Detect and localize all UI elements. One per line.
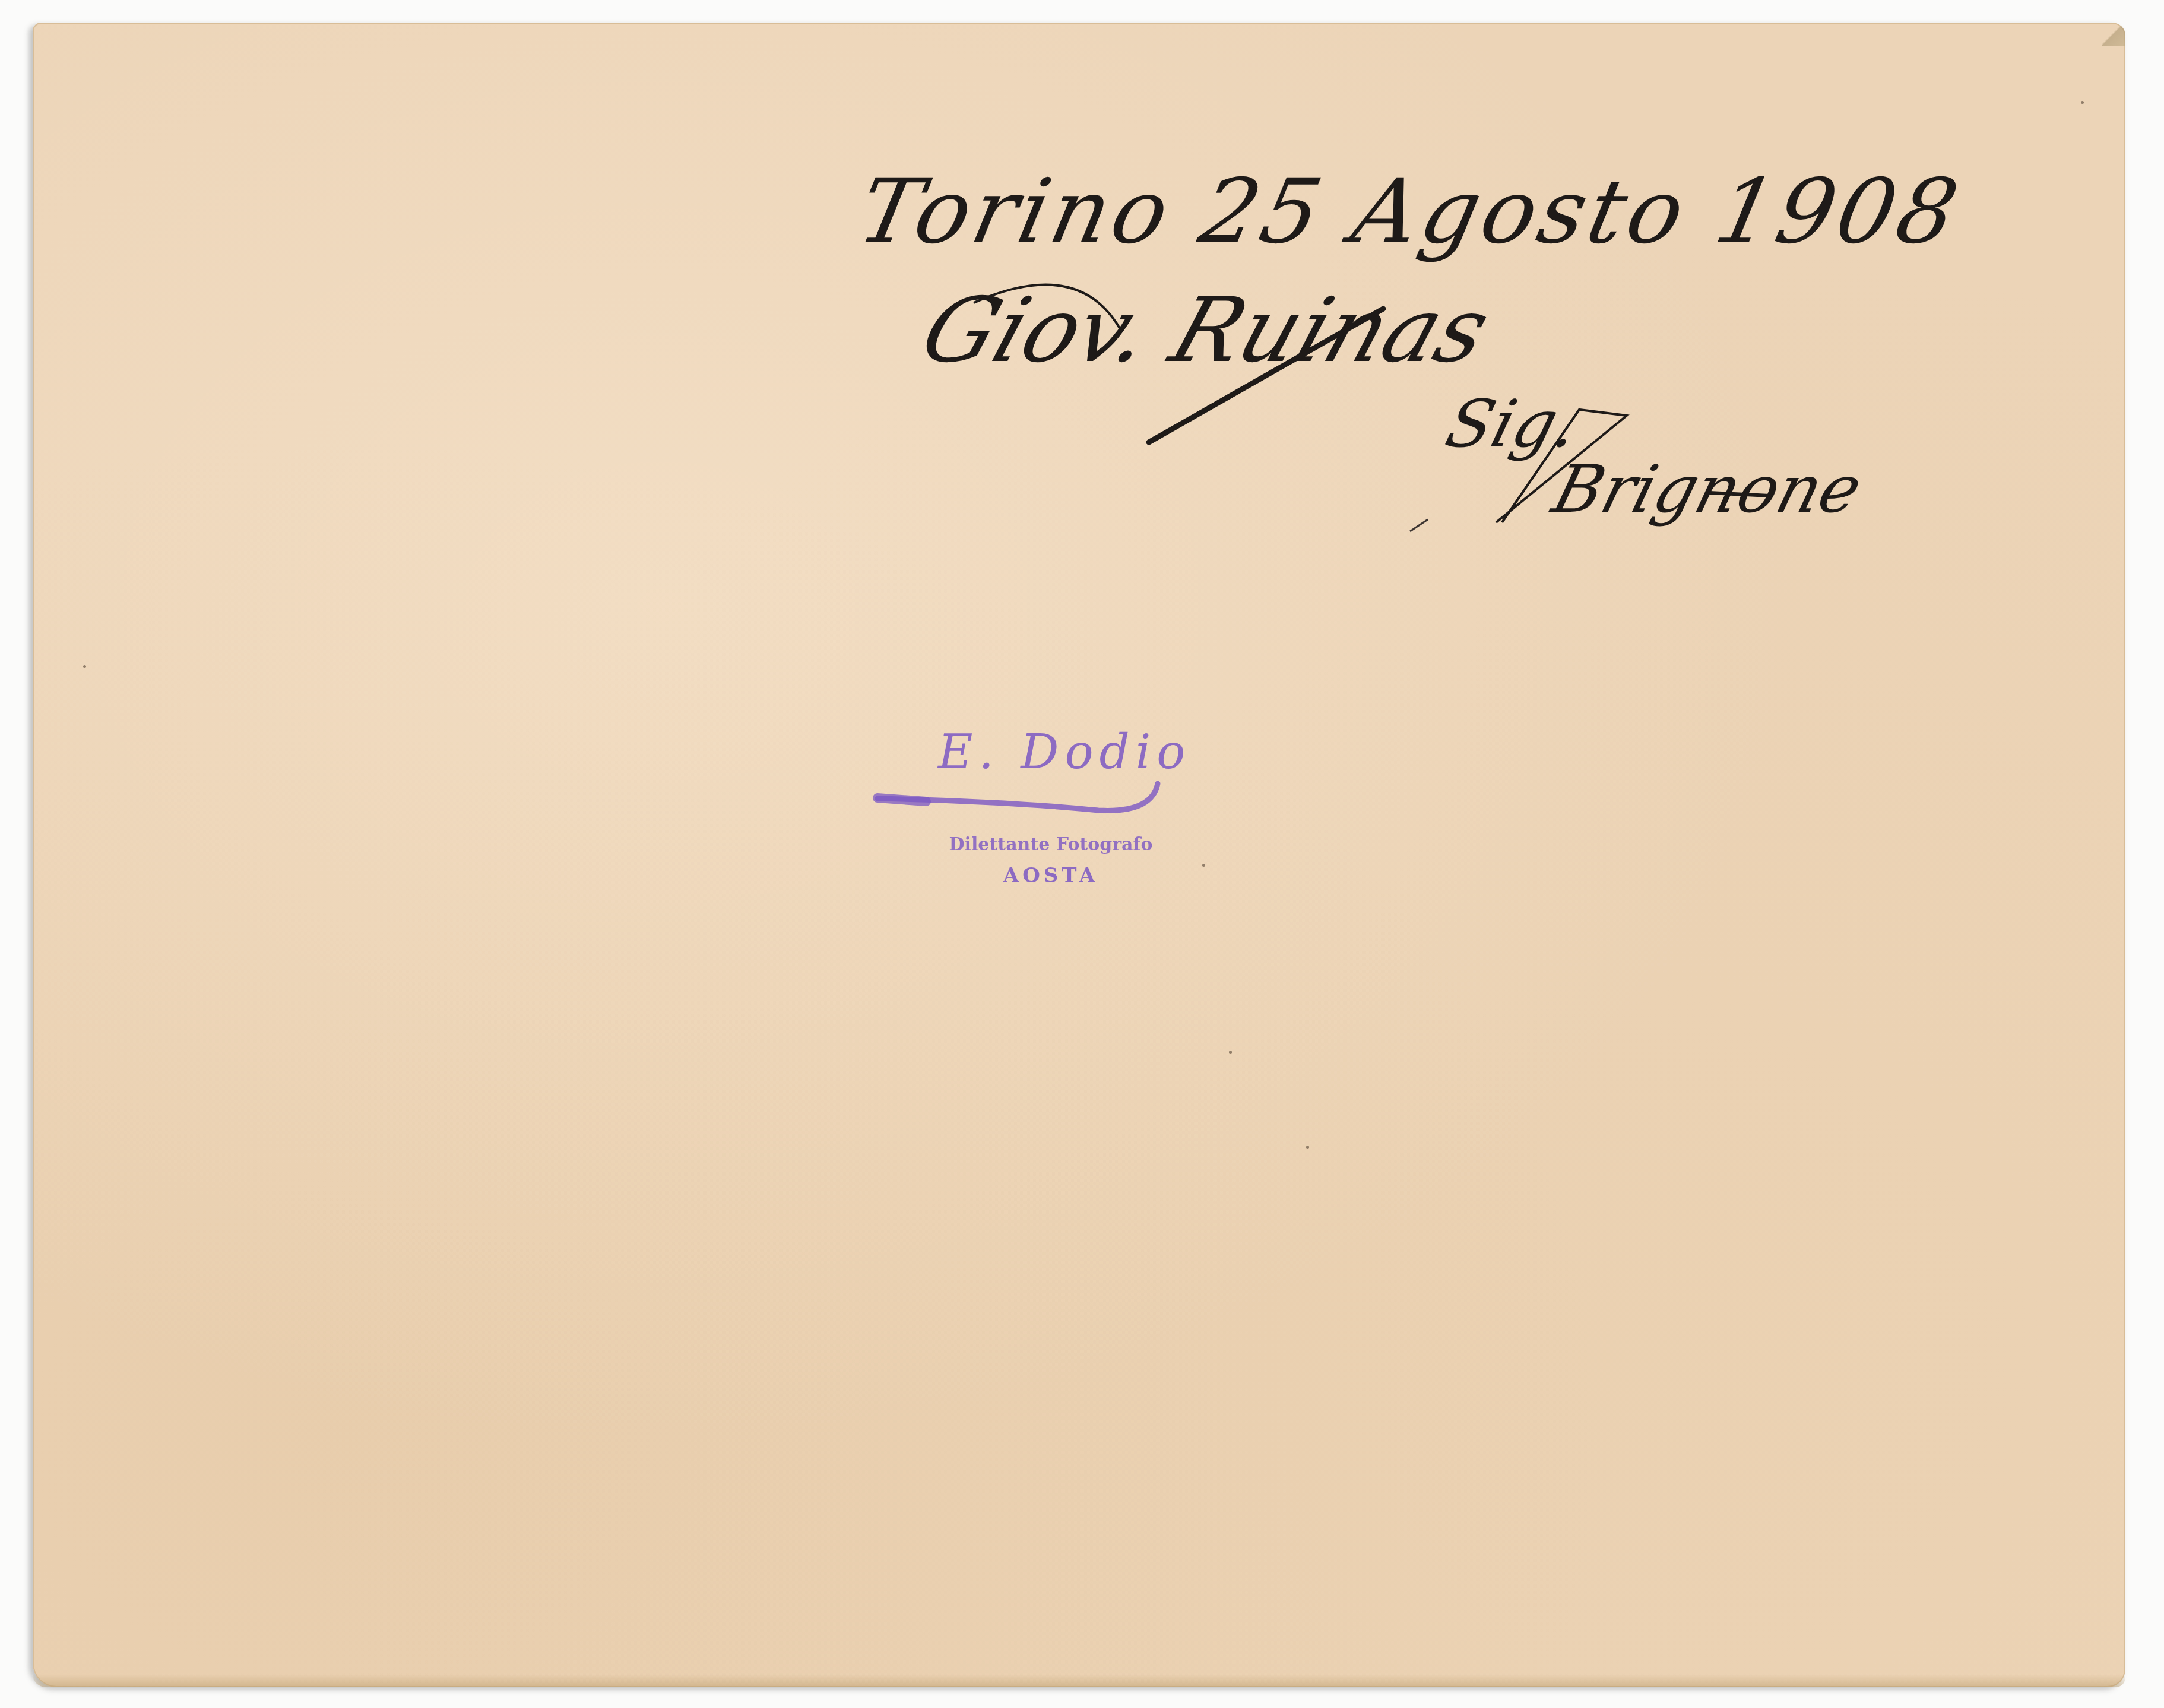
stamp-photographer-name: E. Dodio [938, 724, 1192, 779]
signature-2-underline [1710, 493, 1769, 496]
stamp-city: AOSTA [926, 864, 1176, 888]
paper-speck [2081, 101, 2084, 104]
stamp-swash-thick [877, 798, 926, 801]
paper-speck [83, 665, 86, 668]
stray-pen-mark [1410, 519, 1428, 531]
signature-2-wedge [1496, 410, 1627, 522]
paper-speck [1202, 864, 1205, 867]
paper-speck [1229, 1051, 1232, 1054]
stamp-photographer-title: Dilettante Fotografo [926, 834, 1176, 855]
signature-1-flourish [1149, 309, 1383, 442]
signature-1-arc [974, 285, 1122, 332]
paper-speck [1306, 1146, 1309, 1149]
